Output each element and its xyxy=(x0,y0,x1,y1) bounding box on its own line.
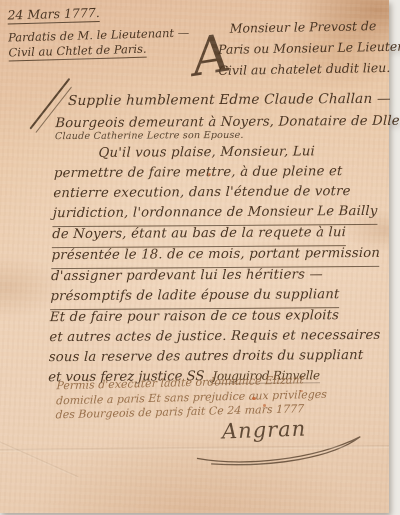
grant-note: Permis d'executer ladite ordonnance Eliz… xyxy=(55,373,327,423)
petition-line: sous la reserve des autres droits du sup… xyxy=(48,348,363,370)
address-line: Monsieur le Prevost de xyxy=(229,15,376,39)
petition-line: entierre execution, dans l'étendue de vo… xyxy=(53,184,351,206)
manuscript-photo: 24 Mars 1777. Pardatis de M. le Lieutena… xyxy=(0,0,400,515)
petition-line: Bourgeois demeurant à Noyers, Donataire … xyxy=(55,114,400,131)
petition-body: Supplie humblement Edme Claude Challan —… xyxy=(48,91,388,392)
address-block: A Monsieur le Prevost de Paris ou Monsie… xyxy=(229,14,400,80)
petition-line: Et de faire pour raison de ce tous explo… xyxy=(50,308,340,330)
annotation-date: 24 Mars 1777. xyxy=(7,6,100,25)
manuscript-paper: 24 Mars 1777. Pardatis de M. le Lieutena… xyxy=(0,0,389,513)
petition-line: de Noyers, étant au bas de la requete à … xyxy=(52,225,346,248)
petition-line: et autres actes de justice. Requis et ne… xyxy=(49,328,381,350)
annotation-line: Pardatis de M. le Lieutenant — xyxy=(8,25,189,44)
paper-shadow-wrap: 24 Mars 1777. Pardatis de M. le Lieutena… xyxy=(0,0,400,515)
registry-annotation: 24 Mars 1777. Pardatis de M. le Lieutena… xyxy=(7,3,190,61)
wax-fleck xyxy=(300,390,303,392)
wax-fleck xyxy=(263,404,266,407)
petition-line: d'assigner pardevant lui les héritiers — xyxy=(51,267,323,289)
petition-line: Qu'il vous plaise, Monsieur, Lui xyxy=(98,144,315,166)
petition-line: Claude Catherine Lectre son Epouse. xyxy=(55,130,244,146)
official-signature: Angran xyxy=(222,417,307,444)
petition-line: présentée le 18. de ce mois, portant per… xyxy=(51,246,380,269)
wax-fleck xyxy=(208,173,211,176)
petition-line: juridiction, l'ordonnance de Monsieur Le… xyxy=(52,204,377,227)
petition-line: Supplie humblement Edme Claude Challan — xyxy=(68,91,391,116)
wax-fleck xyxy=(252,397,256,400)
address-line: Civil au chatelet dudit lieu. xyxy=(218,57,390,81)
flourish-initial: A xyxy=(191,43,231,70)
petition-line: permettre de faire mettre, à due pleine … xyxy=(54,164,343,186)
petition-line: présomptifs de ladite épouse du supplian… xyxy=(50,287,340,310)
annotation-line: Civil au Chtlet de Paris. xyxy=(8,42,147,62)
corner-crease xyxy=(0,440,79,478)
